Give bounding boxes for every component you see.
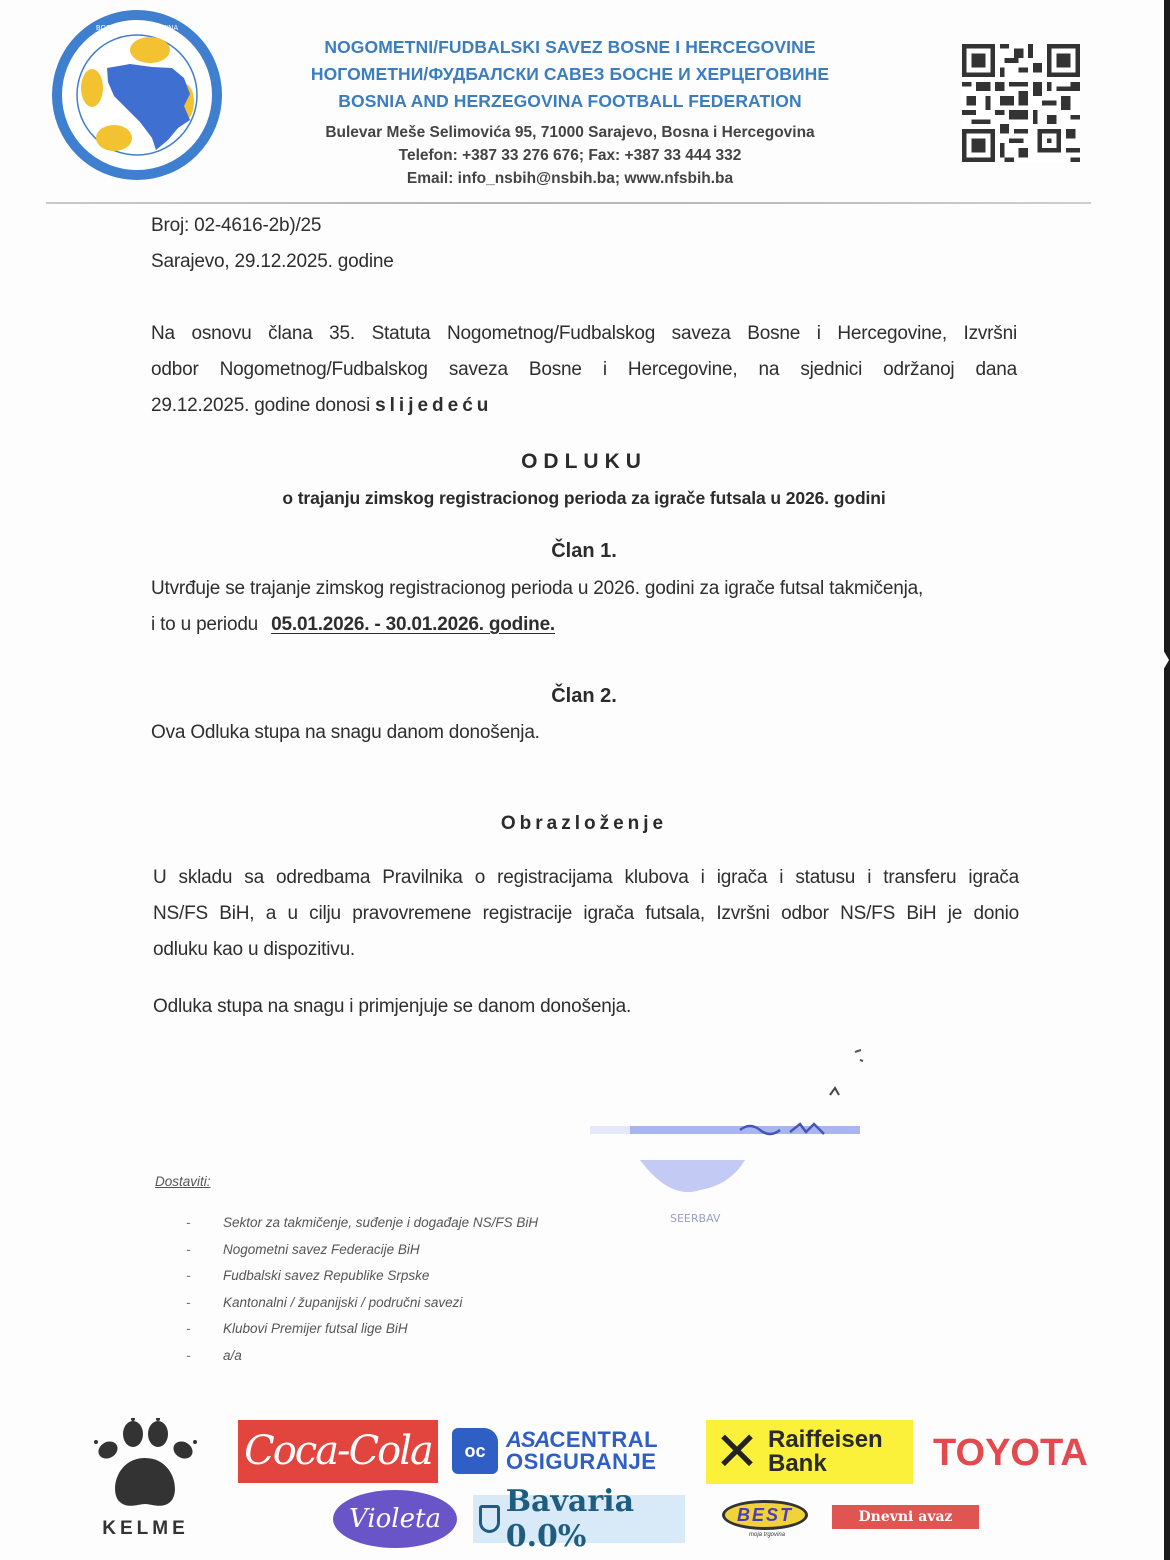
explanation-paragraph: U skladu sa odredbama Pravilnika o regis… [153, 860, 1019, 968]
intro-line-3: 29.12.2025. godine donosi slijedeću [151, 388, 1017, 424]
explanation-closing: Odluka stupa na snagu i primjenjuje se d… [153, 996, 631, 1018]
bavaria-label: Bavaria 0.0% [506, 1484, 685, 1554]
intro-line-3-prefix: 29.12.2025. godine donosi [151, 395, 370, 416]
org-email-web: Email: info_nsbih@nsbih.ba; www.nfsbih.b… [270, 167, 870, 190]
qr-code-icon [962, 44, 1080, 162]
raiffeisen-line-2: Bank [768, 1452, 883, 1476]
raiffeisen-line-1: Raiffeisen [768, 1428, 883, 1452]
sponsor-bavaria: Bavaria 0.0% [473, 1495, 685, 1543]
sponsor-best: BEST moja trgovina [722, 1500, 812, 1548]
org-name-english: BOSNIA AND HERZEGOVINA FOOTBALL FEDERATI… [270, 88, 870, 115]
article-1-line-1: Utvrđuje se trajanje zimskog registracio… [151, 578, 923, 600]
asa-logo-icon: oc [452, 1428, 498, 1474]
federation-logo-icon: BOSNA I HERCEGOVINA [52, 10, 222, 180]
intro-line-2: odbor Nogometnog/Fudbalskog saveza Bosne… [151, 352, 1017, 388]
article-2-heading: Član 2. [151, 685, 1017, 708]
page-edge-strip [1164, 0, 1170, 1560]
best-label: BEST [722, 1500, 808, 1530]
header-divider [46, 202, 1091, 204]
explanation-line-3: odluku kao u dispozitivu. [153, 932, 1019, 968]
svg-text:SEERBAV: SEERBAV [670, 1212, 721, 1225]
signature-stamp-icon: SEERBAV [590, 1040, 870, 1230]
sponsor-violeta: Violeta [333, 1490, 457, 1548]
org-address: Bulevar Meše Selimovića 95, 71000 Saraje… [270, 121, 870, 144]
explanation-heading: Obrazloženje [151, 813, 1017, 835]
decision-subtitle: o trajanju zimskog registracionog period… [151, 488, 1017, 509]
intro-emphasis: slijedeću [375, 395, 492, 416]
distribution-item: -Kantonalni / županijski / područni save… [186, 1295, 538, 1322]
article-2-text: Ova Odluka stupa na snagu danom donošenj… [151, 722, 540, 744]
distribution-list: -Sektor za takmičenje, suđenje i događaj… [186, 1215, 538, 1374]
place-date: Sarajevo, 29.12.2025. godine [151, 251, 394, 273]
distribution-item: -Klubovi Premijer futsal lige BiH [186, 1321, 538, 1348]
intro-paragraph: Na osnovu člana 35. Statuta Nogometnog/F… [151, 316, 1017, 424]
distribution-item: -Sektor za takmičenje, suđenje i događaj… [186, 1215, 538, 1242]
distribution-item: -Fudbalski savez Republike Srpske [186, 1268, 538, 1295]
distribution-label: Dostaviti: [155, 1174, 211, 1189]
reference-number: Broj: 02-4616-2b)/25 [151, 215, 321, 237]
sponsor-dnevni-avaz: Dnevni avaz [832, 1505, 979, 1529]
page-scroll-handle[interactable] [1162, 648, 1169, 672]
org-name-cyrillic: НОГОМЕТНИ/ФУДБАЛСКИ САВЕЗ БОСНЕ И ХЕРЦЕГ… [270, 61, 870, 88]
bavaria-shield-icon [479, 1505, 500, 1533]
article-1-line-2: i to u periodu 05.01.2026. - 30.01.2026.… [151, 614, 555, 636]
sponsor-raiffeisen-bank: ✕ Raiffeisen Bank [706, 1420, 913, 1484]
org-phone-fax: Telefon: +387 33 276 676; Fax: +387 33 4… [270, 144, 870, 167]
org-name-latin: NOGOMETNI/FUDBALSKI SAVEZ BOSNE I HERCEG… [270, 34, 870, 61]
sponsor-cocacola: Coca-Cola [238, 1420, 438, 1483]
registration-period: 05.01.2026. - 30.01.2026. godine. [271, 614, 555, 635]
decision-title: ODLUKU [151, 450, 1017, 474]
distribution-item: -a/a [186, 1348, 538, 1375]
sponsor-asa-central-osiguranje: oc ASACENTRAL OSIGURANJE [452, 1425, 692, 1477]
sponsor-toyota: TOYOTA [933, 1432, 1088, 1475]
asa-line-2: OSIGURANJE [506, 1451, 658, 1473]
article-1-heading: Član 1. [151, 540, 1017, 563]
article-1-period-prefix: i to u periodu [151, 614, 258, 635]
distribution-item: -Nogometni savez Federacije BiH [186, 1242, 538, 1269]
kelme-paw-icon [88, 1418, 203, 1513]
explanation-line-1: U skladu sa odredbama Pravilnika o regis… [153, 860, 1019, 896]
raiffeisen-cross-icon: ✕ [706, 1420, 768, 1484]
document-page: BOSNA I HERCEGOVINA NOGOMETNI/FUDBALSKI … [0, 0, 1170, 1560]
explanation-line-2: NS/FS BiH, a u cilju pravovremene regist… [153, 896, 1019, 932]
kelme-label: KELME [88, 1518, 203, 1540]
svg-text:BOSNA I HERCEGOVINA: BOSNA I HERCEGOVINA [96, 24, 179, 32]
letterhead: NOGOMETNI/FUDBALSKI SAVEZ BOSNE I HERCEG… [270, 34, 870, 190]
sponsor-kelme: KELME [88, 1418, 203, 1548]
intro-line-1: Na osnovu člana 35. Statuta Nogometnog/F… [151, 316, 1017, 352]
best-subtitle: moja trgovina [722, 1532, 812, 1538]
